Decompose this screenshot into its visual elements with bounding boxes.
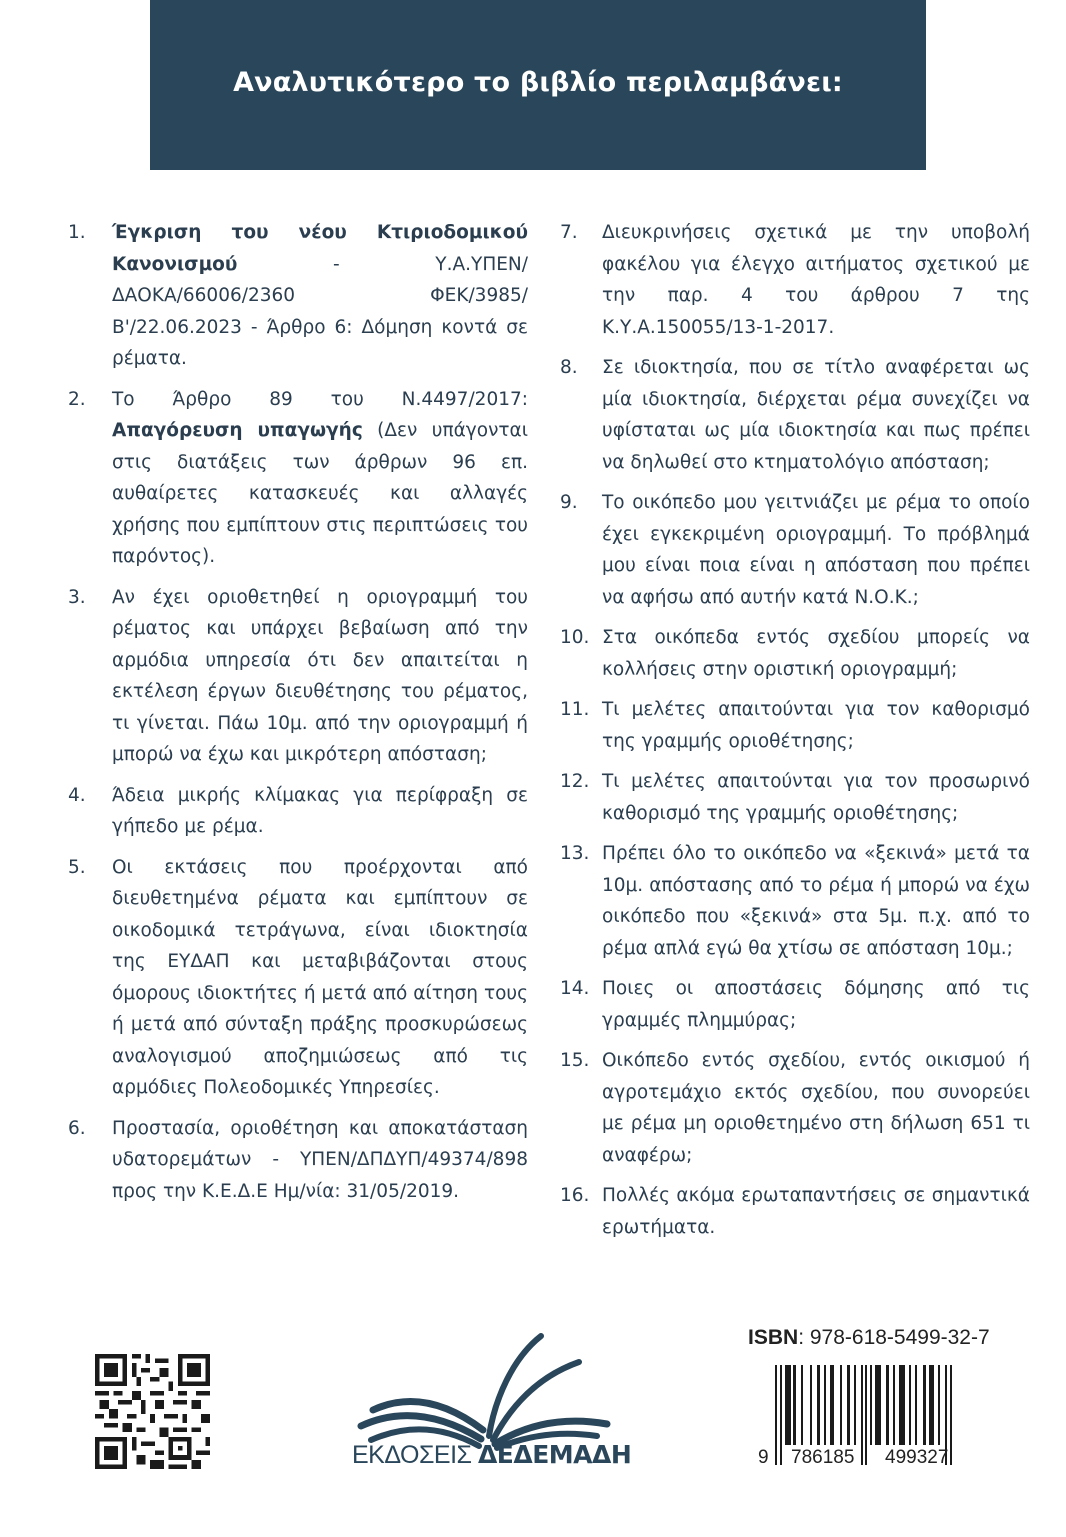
item-number: 2.: [68, 384, 112, 573]
item-number: 16.: [560, 1180, 602, 1243]
list-item: 15.Οικόπεδο εντός σχεδίου, εντός οικισμο…: [560, 1045, 1030, 1171]
item-text: Στα οικόπεδα εντός σχεδίου μπορείς να κο…: [602, 622, 1030, 685]
item-number: 12.: [560, 766, 602, 829]
item-text: Προστασία, οριοθέτηση και αποκατάσταση υ…: [112, 1113, 528, 1208]
item-number: 15.: [560, 1045, 602, 1171]
right-column: 7.Διευκρινήσεις σχετικά με την υποβολή φ…: [560, 217, 1030, 1252]
list-item: 16.Πολλές ακόμα ερωταπαντήσεις σε σημαντ…: [560, 1180, 1030, 1243]
item-number: 11.: [560, 694, 602, 757]
item-number: 13.: [560, 838, 602, 964]
item-text: Αν έχει οριοθετηθεί η οριογραμμή του ρέμ…: [112, 582, 528, 771]
list-item: 7.Διευκρινήσεις σχετικά με την υποβολή φ…: [560, 217, 1030, 343]
item-text: Πολλές ακόμα ερωταπαντήσεις σε σημαντικά…: [602, 1180, 1030, 1243]
list-item: 14.Ποιες οι αποστάσεις δόμησης από τις γ…: [560, 973, 1030, 1036]
list-item: 13.Πρέπει όλο το οικόπεδο να «ξεκινά» με…: [560, 838, 1030, 964]
item-bold-title: Απαγόρευση υπαγωγής: [112, 420, 363, 441]
item-number: 7.: [560, 217, 602, 343]
item-number: 4.: [68, 780, 112, 843]
barcode-digits-group1: 786185: [791, 1447, 854, 1469]
page-title: Αναλυτικότερο το βιβλίο περιλαμβάνει:: [233, 67, 843, 104]
list-item: 4. Άδεια μικρής κλίμακας για περίφραξη σ…: [68, 780, 528, 843]
item-text: Σε ιδιοκτησία, που σε τίτλο αναφέρεται ω…: [602, 352, 1030, 478]
item-number: 6.: [68, 1113, 112, 1208]
item-text: Οι εκτάσεις που προέρχονται από διευθετη…: [112, 852, 528, 1104]
item-number: 5.: [68, 852, 112, 1104]
list-item: 6. Προστασία, οριοθέτηση και αποκατάστασ…: [68, 1113, 528, 1208]
item-number: 8.: [560, 352, 602, 478]
item-text: Έγκριση του νέου Κτιριοδομικού Κανονισμο…: [112, 217, 528, 375]
item-number: 9.: [560, 487, 602, 613]
list-item: 9.Το οικόπεδο μου γειτνιάζει με ρέμα το …: [560, 487, 1030, 613]
list-item: 5. Οι εκτάσεις που προέρχονται από διευθ…: [68, 852, 528, 1104]
item-number: 1.: [68, 217, 112, 375]
publisher-name: ΕΚΔΟΣΕΙΣ ΔΕΔΕΜΑΔΗ: [352, 1440, 631, 1470]
item-text: Το Άρθρο 89 του Ν.4497/2017: Απαγόρευση …: [112, 384, 528, 573]
list-item: 12.Τι μελέτες απαιτούνται για τον προσωρ…: [560, 766, 1030, 829]
list-item: 10.Στα οικόπεδα εντός σχεδίου μπορείς να…: [560, 622, 1030, 685]
item-text: Πρέπει όλο το οικόπεδο να «ξεκινά» μετά …: [602, 838, 1030, 964]
item-text: Άδεια μικρής κλίμακας για περίφραξη σε γ…: [112, 780, 528, 843]
item-number: 3.: [68, 582, 112, 771]
header-banner: Αναλυτικότερο το βιβλίο περιλαμβάνει:: [150, 0, 926, 170]
item-text: Το οικόπεδο μου γειτνιάζει με ρέμα το οπ…: [602, 487, 1030, 613]
item-text: Διευκρινήσεις σχετικά με την υποβολή φακ…: [602, 217, 1030, 343]
barcode-digit-first: 9: [758, 1447, 769, 1469]
list-item: 2. Το Άρθρο 89 του Ν.4497/2017: Απαγόρευ…: [68, 384, 528, 573]
item-number: 14.: [560, 973, 602, 1036]
isbn-label: ISBN: 978-618-5499-32-7: [748, 1326, 990, 1350]
list-item: 8.Σε ιδιοκτησία, που σε τίτλο αναφέρεται…: [560, 352, 1030, 478]
item-number: 10.: [560, 622, 602, 685]
contents-list-right: 7.Διευκρινήσεις σχετικά με την υποβολή φ…: [560, 217, 1030, 1243]
list-item: 1. Έγκριση του νέου Κτιριοδομικού Κανονι…: [68, 217, 528, 375]
list-item: 3. Αν έχει οριοθετηθεί η οριογραμμή του …: [68, 582, 528, 771]
contents-list-left: 1. Έγκριση του νέου Κτιριοδομικού Κανονι…: [68, 217, 528, 1207]
item-text: Τι μελέτες απαιτούνται για τον καθορισμό…: [602, 694, 1030, 757]
item-text: Ποιες οι αποστάσεις δόμησης από τις γραμ…: [602, 973, 1030, 1036]
item-text: Οικόπεδο εντός σχεδίου, εντός οικισμού ή…: [602, 1045, 1030, 1171]
qr-code-icon[interactable]: [95, 1354, 210, 1469]
left-column: 1. Έγκριση του νέου Κτιριοδομικού Κανονι…: [68, 217, 528, 1216]
item-text: Τι μελέτες απαιτούνται για τον προσωρινό…: [602, 766, 1030, 829]
barcode-digits-group2: 499327: [885, 1447, 948, 1469]
list-item: 11.Τι μελέτες απαιτούνται για τον καθορι…: [560, 694, 1030, 757]
